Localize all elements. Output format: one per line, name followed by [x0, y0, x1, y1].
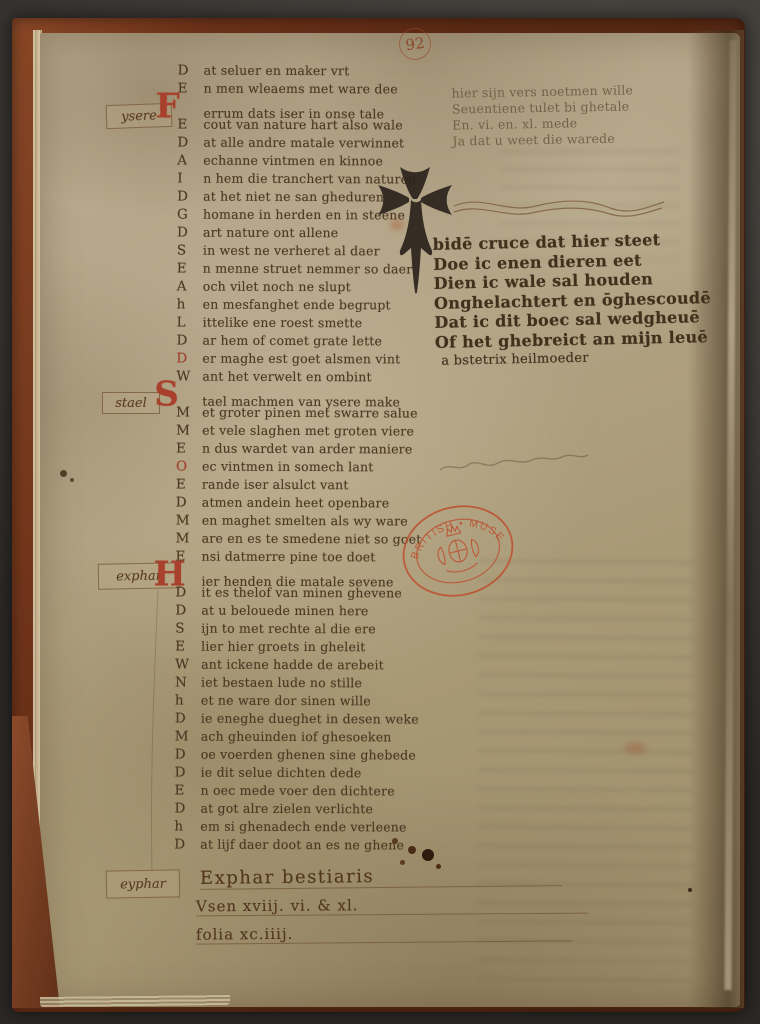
- verse-initial: h: [177, 295, 203, 313]
- verse-initial: H: [153, 565, 201, 583]
- verse-text: ie eneghe dueghet in desen weke: [201, 710, 419, 729]
- verse-initial: D: [176, 493, 202, 511]
- verse-line: O ec vintmen in somech lant: [176, 457, 422, 476]
- verse-initial: D: [175, 763, 201, 781]
- verse-initial: E: [175, 781, 201, 799]
- verse-text: n men wleaems met ware dee: [204, 80, 398, 99]
- verse-line: h et ne ware dor sinen wille: [175, 691, 421, 710]
- verse-text: n menne struet nemmer so daer: [203, 260, 413, 279]
- verse-line: D art nature ont allene: [177, 223, 423, 242]
- verse-text: ec vintmen in somech lant: [202, 458, 374, 477]
- verse-text: ie dit selue dichten dede: [201, 764, 362, 783]
- verse-line: E n oec mede voer den dichtere: [175, 781, 421, 800]
- verse-line: h em si ghenadech ende verleene: [174, 817, 420, 836]
- verse-line: N iet bestaen lude no stille: [175, 673, 421, 692]
- verse-line: E cout van nature hart also wale: [177, 115, 423, 134]
- verse-text: ittelike ene roest smette: [203, 314, 363, 333]
- ink-blot: [60, 470, 67, 477]
- verse-initial: D: [178, 61, 204, 79]
- note-line: Seuentiene tulet bi ghetale: [452, 98, 634, 117]
- verse-line: D at lijf daer doot an es ne ghene: [174, 835, 420, 854]
- colophon-line-3: folia xc.iiij.: [196, 922, 572, 944]
- margin-label-stael: stael: [102, 392, 160, 414]
- verse-initial: L: [177, 313, 203, 331]
- verse-line: S in west ne verheret al daer: [177, 241, 423, 260]
- verse-line: D at u belouede minen here: [175, 601, 421, 620]
- verse-line: E rande iser alsulct vant: [176, 475, 422, 494]
- verse-text: at lijf daer doot an es ne ghene: [200, 836, 404, 855]
- cross-oath-note: bidē cruce dat hier steetDoe ic enen die…: [433, 229, 713, 371]
- verse-text: em si ghenadech ende verleene: [200, 818, 406, 837]
- verse-line: A och vilet noch ne slupt: [177, 277, 423, 296]
- verse-line: F errum dats iser in onse tale: [177, 97, 423, 116]
- verse-text: och vilet noch ne slupt: [203, 278, 351, 297]
- verse-line: D atmen andein heet openbare: [176, 493, 422, 512]
- verse-text: ant ickene hadde de arebeit: [201, 656, 384, 675]
- verse-initial: E: [178, 79, 204, 97]
- verse-line: D at got alre zielen verlichte: [174, 799, 420, 818]
- red-smudge: [624, 742, 646, 754]
- verse-initial: D: [175, 601, 201, 619]
- verse-line: S tael machmen van ysere make: [176, 385, 422, 404]
- verse-initial: D: [177, 223, 203, 241]
- note-line: Ja dat u weet die warede: [452, 130, 634, 149]
- verse-line: D it es thelof van minen ghevene: [175, 583, 421, 602]
- ink-blot: [70, 478, 74, 482]
- verse-text: it es thelof van minen ghevene: [201, 584, 402, 603]
- verse-initial: E: [177, 115, 203, 133]
- verse-initial: D: [175, 583, 201, 601]
- verse-line: D oe voerden ghenen sine ghebede: [175, 745, 421, 764]
- verse-initial: D: [176, 331, 202, 349]
- verse-line: W ant ickene hadde de arebeit: [175, 655, 421, 674]
- verse-initial: M: [176, 421, 202, 439]
- verse-line: D at het niet ne san gheduren: [177, 187, 423, 206]
- verse-line: G homane in herden en in steene: [177, 205, 423, 224]
- verse-text: ijn to met rechte al die ere: [201, 620, 376, 639]
- verse-text: er maghe est goet alsmen vint: [202, 350, 400, 369]
- verse-text: rande iser alsulct vant: [202, 476, 349, 495]
- ink-blot: [400, 860, 405, 865]
- verse-initial: I: [177, 169, 203, 187]
- verse-line: M et vele slaghen met groten viere: [176, 421, 422, 440]
- verse-text: at seluer en maker vrt: [204, 62, 350, 81]
- verse-text: ant het verwelt en ombint: [202, 368, 371, 387]
- top-right-note: hier sijn vers noetmen willeSeuentiene t…: [451, 82, 634, 149]
- manuscript-photo: 92 ysere stael exphar eyphar D at seluer…: [0, 0, 760, 1024]
- bottom-page-stack: [40, 995, 230, 1007]
- verse-line: E n menne struet nemmer so daer: [177, 259, 423, 278]
- verse-line: D at seluer en maker vrt: [178, 61, 424, 80]
- verse-text: cout van nature hart also wale: [203, 116, 402, 135]
- verse-initial: h: [175, 691, 201, 709]
- colophon-line-2: Vsen xviij. vi. & xl.: [196, 895, 588, 917]
- verse-line: E nsi datmerre pine toe doet: [176, 547, 422, 566]
- verse-initial: O: [176, 457, 202, 475]
- verse-text: ach gheuinden iof ghesoeken: [201, 728, 392, 747]
- ink-blot: [422, 849, 434, 861]
- verse-line: I n hem die tranchert van naturen: [177, 169, 423, 188]
- verse-initial: M: [176, 403, 202, 421]
- verse-text: en mesfanghet ende begrupt: [203, 296, 391, 315]
- verse-initial: D: [175, 709, 201, 727]
- verse-initial: D: [177, 133, 203, 151]
- verse-initial: D: [175, 745, 201, 763]
- verse-initial: D: [176, 349, 202, 367]
- verse-text: at alle andre matale verwinnet: [203, 134, 404, 153]
- red-smudge: [390, 220, 404, 230]
- verse-text: et vele slaghen met groten viere: [202, 422, 414, 441]
- verse-text: at u belouede minen here: [201, 602, 368, 621]
- verse-text: homane in herden en in steene: [203, 206, 405, 225]
- ink-blot: [408, 846, 416, 854]
- verse-initial: D: [174, 835, 200, 853]
- verse-initial: h: [174, 817, 200, 835]
- verse-text: echanne vintmen en kinnoe: [203, 152, 383, 171]
- verse-text: n oec mede voer den dichtere: [201, 782, 395, 801]
- colophon-line-1: Exphar bestiaris: [200, 864, 562, 890]
- verse-line: M ach gheuinden iof ghesoeken: [175, 727, 421, 746]
- verse-text: nsi datmerre pine toe doet: [202, 548, 376, 567]
- verse-line: M are en es te smedene niet so goet: [176, 529, 422, 548]
- verse-text: en maghet smelten als wy ware: [202, 512, 408, 531]
- verse-line: h en mesfanghet ende begrupt: [177, 295, 423, 314]
- verse-column: D at seluer en maker vrt E n men wleaems…: [174, 61, 423, 854]
- verse-initial: F: [155, 97, 203, 115]
- verse-line: D ie dit selue dichten dede: [175, 763, 421, 782]
- margin-label-eyphar: eyphar: [106, 869, 180, 898]
- verse-initial: S: [154, 385, 202, 403]
- verse-initial: M: [176, 511, 202, 529]
- verse-initial: D: [177, 187, 203, 205]
- verse-initial: E: [176, 439, 202, 457]
- verse-line: D er maghe est goet alsmen vint: [176, 349, 422, 368]
- verse-line: L ittelike ene roest smette: [177, 313, 423, 332]
- verse-text: at het niet ne san gheduren: [203, 188, 384, 207]
- verse-initial: A: [177, 151, 203, 169]
- verse-initial: A: [177, 277, 203, 295]
- verse-line: S ijn to met rechte al die ere: [175, 619, 421, 638]
- ink-blot: [392, 838, 398, 844]
- verse-line: E n dus wardet van arder maniere: [176, 439, 422, 458]
- verse-line: H ier henden die matale sevene: [175, 565, 421, 584]
- verse-initial: G: [177, 205, 203, 223]
- verse-initial: S: [177, 241, 203, 259]
- verse-initial: N: [175, 673, 201, 691]
- verse-initial: M: [175, 727, 201, 745]
- verse-text: iet bestaen lude no stille: [201, 674, 362, 693]
- ink-blot: [436, 864, 441, 869]
- verse-initial: E: [177, 259, 203, 277]
- ink-blot: [688, 888, 692, 892]
- verse-line: D ar hem of comet grate lette: [176, 331, 422, 350]
- verse-text: n dus wardet van arder maniere: [202, 440, 413, 459]
- verse-text: in west ne verheret al daer: [203, 242, 380, 261]
- verse-line: W ant het verwelt en ombint: [176, 367, 422, 386]
- verse-initial: E: [175, 637, 201, 655]
- verse-initial: E: [176, 475, 202, 493]
- verse-text: ar hem of comet grate lette: [202, 332, 382, 351]
- verse-text: n hem die tranchert van naturen: [203, 170, 416, 189]
- verse-text: et ne ware dor sinen wille: [201, 692, 371, 711]
- verse-text: at got alre zielen verlichte: [200, 800, 373, 819]
- verse-text: lier hier groets in gheleit: [201, 638, 365, 657]
- verse-initial: D: [174, 799, 200, 817]
- verse-text: art nature ont allene: [203, 224, 338, 243]
- verse-text: oe voerden ghenen sine ghebede: [201, 746, 416, 765]
- verse-text: atmen andein heet openbare: [202, 494, 390, 513]
- verse-line: E n men wleaems met ware dee: [178, 79, 424, 98]
- verse-line: D ie eneghe dueghet in desen weke: [175, 709, 421, 728]
- verse-initial: M: [176, 529, 202, 547]
- verse-line: M et groter pinen met swarre salue: [176, 403, 422, 422]
- verse-line: E lier hier groets in gheleit: [175, 637, 421, 656]
- verse-line: A echanne vintmen en kinnoe: [177, 151, 423, 170]
- verse-initial: S: [175, 619, 201, 637]
- verse-text: et groter pinen met swarre salue: [202, 404, 418, 423]
- verse-line: D at alle andre matale verwinnet: [177, 133, 423, 152]
- verse-initial: W: [176, 367, 202, 385]
- verse-initial: W: [175, 655, 201, 673]
